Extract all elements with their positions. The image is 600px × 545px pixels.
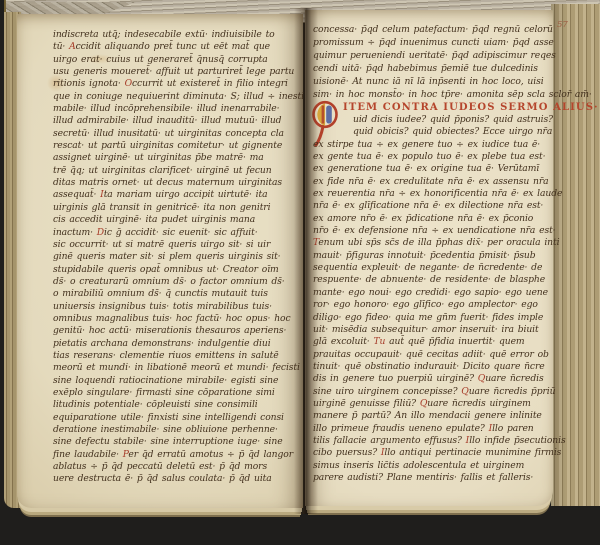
manuscript-line: ablatus ÷ p̄ q̄d peccatū deletū est· p̄ … [53, 461, 299, 473]
manuscript-line: sequentia expleuit· de negante· de n̄cre… [313, 262, 551, 274]
manuscript-line: dis in genere tuo puerpiū uirginē? Quare… [313, 373, 551, 385]
manuscript-line: trē q̄q; ut uirginitas clarificet· uirgi… [53, 165, 299, 177]
folio-number: 57 [557, 20, 568, 30]
manuscript-line: inactum· Dic ḡ accidit· sic euenit· sic … [53, 227, 299, 239]
manuscript-line: ginē queris mater sit· si plem queris ui… [53, 251, 299, 263]
manuscript-line: o mirabiliū omnium ds̄· q̄ cunctis mutau… [53, 288, 299, 300]
manuscript-photo: indiscreta utq̄; indesecabile extū· indi… [0, 0, 600, 545]
manuscript-line: uirgo erat· cuius ut generaret̄ q̄nusq̄ … [53, 54, 299, 66]
manuscript-line: ds̄· o creaturarū omnium ds̄· o factor o… [53, 276, 299, 288]
manuscript-line: parere audisti? Plane mentiris· fallis e… [313, 472, 551, 484]
manuscript-line: nr̄a ē· ex glīficatione nr̄a ē· ex dilec… [313, 200, 551, 212]
right-page-text-block-main: uid dicis iudee? quid p̄ponis? quid astr… [313, 114, 551, 484]
manuscript-line: rescat· ut partū uirginitas comitetur· u… [53, 140, 299, 152]
manuscript-line: ex gente tua ē· ex populo tuo ē· ex pleb… [313, 151, 551, 163]
manuscript-line: que in coniuge nequiuerint diminuta· S; … [53, 91, 299, 103]
left-page-text-block: indiscreta utq̄; indesecabile extū· indi… [53, 29, 299, 486]
manuscript-line: ex generatione tua ē· ex origine tua ē· … [313, 163, 551, 175]
manuscript-line: cendi uitā· p̄qd habebimus p̄emiē tue du… [313, 62, 549, 75]
manuscript-line: ex amore nr̄o ē· ex p̄dicatione nr̄a ē· … [313, 213, 551, 225]
manuscript-line: ex reuerentia nr̄a ÷ ex honorificentia n… [313, 188, 551, 200]
manuscript-line: mabile· illud incōprehensibile· illud in… [53, 103, 299, 115]
manuscript-line: mauit· p̄figuras innotuit· p̄cedentia p̄… [313, 250, 551, 262]
manuscript-line: uere destructa ē· p̄ q̄d salus coulata· … [53, 473, 299, 485]
manuscript-line: prauitas occupauit· quē cecitas adiit· q… [313, 349, 551, 361]
manuscript-line: tias reserans· clementie riuos emittens … [53, 350, 299, 362]
manuscript-line: tinuit· quē obstinatio indurauit· Dicito… [313, 361, 551, 373]
manuscript-line: quid obicis? quid obiectes? Ecce uirgo n… [313, 126, 551, 138]
manuscript-line: litudinis potentiale· cōpleuisti sine co… [53, 399, 299, 411]
manuscript-line: uid dicis iudee? quid p̄ponis? quid astr… [313, 114, 551, 126]
manuscript-line: omnibus magnalibus tuis· hoc factū· hoc … [53, 313, 299, 325]
manuscript-line: sine defectu stabile· sine interruptione… [53, 436, 299, 448]
manuscript-line: uniuersis insignibus tuis· totis mirabil… [53, 301, 299, 313]
manuscript-line: illud admirabile· illud inauditū· illud … [53, 115, 299, 127]
manuscript-line: ritionis ignota· Occurrit ut existeret̄ … [53, 78, 299, 90]
left-page: indiscreta utq̄; indesecabile extū· indi… [17, 14, 303, 508]
manuscript-line: cibo puersus? Illo antiqui pertinacie mu… [313, 447, 551, 459]
manuscript-line: sic occurrit· ut si matrē queris uirgo s… [53, 239, 299, 251]
manuscript-line: quimur perueniendi ueritatē· p̄qd adipis… [313, 49, 549, 62]
manuscript-line: glā excoluit· Tu aut̄ quē p̄fidia inuert… [313, 336, 551, 348]
rubric-heading: ITEM CONTRA IUDEOS SERMO ALIUS· [343, 102, 599, 113]
manuscript-line: tilis fallacie argumento effusus? Illo i… [313, 435, 551, 447]
manuscript-line: promissum ÷ p̄qd inuenimus cuncti uiam· … [313, 36, 549, 49]
manuscript-line: sim· in hoc monst̄o· in hoc tp̄re· amoni… [313, 88, 549, 101]
manuscript-line: illo primeue fraudis ueneno epulate? Ill… [313, 423, 551, 435]
right-fore-edge [551, 4, 600, 506]
manuscript-line: pietatis archana demonstrans· indulgenti… [53, 338, 299, 350]
manuscript-line: tū· Accidit aliquando pret̄ tunc ut eēt … [53, 41, 299, 53]
manuscript-line: ex stirpe tua ÷ ex genere tuo ÷ ex iudic… [313, 139, 551, 151]
manuscript-line: ditas matris ornet· ut decus maternum ui… [53, 177, 299, 189]
manuscript-line: secretū· illud inusitatū· ut uirginitas … [53, 128, 299, 140]
manuscript-line: meorū et mundi· in libationē meorū et mu… [53, 362, 299, 374]
manuscript-line: usu generis moueret̄· affuit ut parturir… [53, 66, 299, 78]
manuscript-line: exēplo singulare· firmasti sine cōparati… [53, 387, 299, 399]
manuscript-line: uisionē· At nunc iā nī lā inp̄senti in h… [313, 75, 549, 88]
manuscript-line: uit· misēdia subsequitur· amor inseruit·… [313, 324, 551, 336]
right-page-text-block-top: concessa· p̄qd celum patefactum· p̄qd re… [313, 23, 549, 102]
manuscript-line: manere p̄ partū? An illo mendacii genere… [313, 410, 551, 422]
manuscript-line: uirginis glā transit in genitricē· ita n… [53, 202, 299, 214]
manuscript-line: indiscreta utq̄; indesecabile extū· indi… [53, 29, 299, 41]
manuscript-line: nr̄o ē· ex defensione nr̄a ÷ ex uendicat… [313, 225, 551, 237]
manuscript-line: equiparatione utile· finxisti sine intel… [53, 412, 299, 424]
manuscript-line: concessa· p̄qd celum patefactum· p̄qd re… [313, 23, 549, 36]
manuscript-line: ror· ego honoro· ego glīfico· ego amplec… [313, 299, 551, 311]
manuscript-line: assequat̄· Ita mariam uirgo accipit uirt… [53, 189, 299, 201]
manuscript-line: deratione inestimabile· sine obliuione p… [53, 424, 299, 436]
manuscript-line: sine loquendi ratiocinatione mirabile· e… [53, 375, 299, 387]
manuscript-line: Tenum ubi sp̄s sc̄s de illa p̄phas dix̄·… [313, 237, 551, 249]
manuscript-line: fine laudabile· Per q̄d erratū amotus ÷ … [53, 449, 299, 461]
manuscript-line: simus inseris lic̄tis adolescentula et u… [313, 460, 551, 472]
manuscript-line: genitū· hoc actū· miserationis thesauros… [53, 325, 299, 337]
manuscript-line: uirginē genuisse filiū? Quare n̄credis u… [313, 398, 551, 410]
manuscript-line: cis accedit uirginē· ita pudet uirginis … [53, 214, 299, 226]
manuscript-line: ex fide nr̄a ē· ex credulitate nr̄a ē· e… [313, 176, 551, 188]
manuscript-line: respuente· de abnuente· de residente· de… [313, 274, 551, 286]
manuscript-line: assignet uirginē· ut uirginitas p̄be mat… [53, 152, 299, 164]
right-page: concessa· p̄qd celum patefactum· p̄qd re… [305, 10, 553, 506]
manuscript-line: diligo· ego fideo· quia me gn̄m fuerit· … [313, 312, 551, 324]
manuscript-line: sine uiro uirginem concepisse? Quare n̄c… [313, 386, 551, 398]
manuscript-line: mante· ego noui· ego credidi· ego sapio·… [313, 287, 551, 299]
manuscript-line: stupidabile queris opat̄ omnibus ut· Cre… [53, 264, 299, 276]
